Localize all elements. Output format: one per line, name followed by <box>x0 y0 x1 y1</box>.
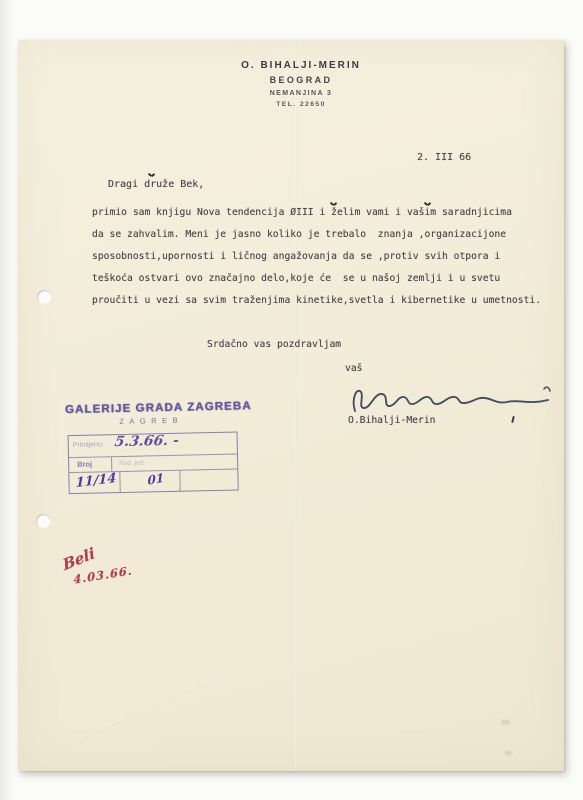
pencil-smudge <box>505 751 512 755</box>
pen-caron-mark <box>148 173 155 178</box>
letterhead-phone: TEL. 22650 <box>28 101 574 108</box>
body-line: sposobnosti,upornosti i ličnog angažovan… <box>92 251 500 262</box>
letterhead-city: BEOGRAD <box>28 75 574 85</box>
pen-caron-mark <box>424 202 431 207</box>
stamp-received-label: Primljeno: <box>73 441 104 449</box>
letterhead-name: O. BIHALJI-MERIN <box>28 60 574 71</box>
stamp-number-label: Broj <box>77 460 92 469</box>
punch-hole-bottom <box>36 514 50 528</box>
stamp-received-date-handwritten: 5.3.66. - <box>113 433 180 450</box>
body-line: da se zahvalim. Meni je jasno koliko je … <box>92 229 506 240</box>
paper-sheet: O. BIHALJI-MERIN BEOGRAD NEMANJINA 3 TEL… <box>18 40 564 771</box>
typed-signature-name: O.Bihalji-Merin <box>348 415 436 426</box>
stamp-city: ZAGREB <box>119 416 183 426</box>
valediction: vaš <box>345 363 363 374</box>
pen-caron-mark <box>330 202 337 207</box>
body-line: primio sam knjigu Nova tendencija ØIII i… <box>92 207 512 218</box>
letterhead-address: NEMANJINA 3 <box>28 90 574 97</box>
stamp-table: Primljeno: 5.3.66. - Broj Rad. jed. 11/1… <box>68 432 239 495</box>
closing-line: Srdačno vas pozdravljam <box>207 339 341 350</box>
pencil-smudge <box>501 720 510 724</box>
letter-date: 2. III 66 <box>417 152 471 163</box>
fold-crease-vertical <box>294 40 297 771</box>
stamp-unit-value-handwritten: 01 <box>147 471 164 488</box>
scan-background: O. BIHALJI-MERIN BEOGRAD NEMANJINA 3 TEL… <box>0 0 583 800</box>
fold-crease-diagonal <box>48 673 227 754</box>
body-line: proučiti u vezi sa svim traženjima kinet… <box>92 295 541 306</box>
receipt-stamp: GALERIJE GRADA ZAGREBA ZAGREB Primljeno:… <box>61 400 275 512</box>
punch-hole-top <box>37 290 51 304</box>
salutation: Dragi druže Bek, <box>108 179 204 190</box>
body-line: teškoća ostvari ovo značajno delo,koje ć… <box>92 273 500 284</box>
stamp-unit-label: Rad. jed. <box>119 459 145 467</box>
stamp-org-name: GALERIJE GRADA ZAGREBA <box>65 400 252 416</box>
